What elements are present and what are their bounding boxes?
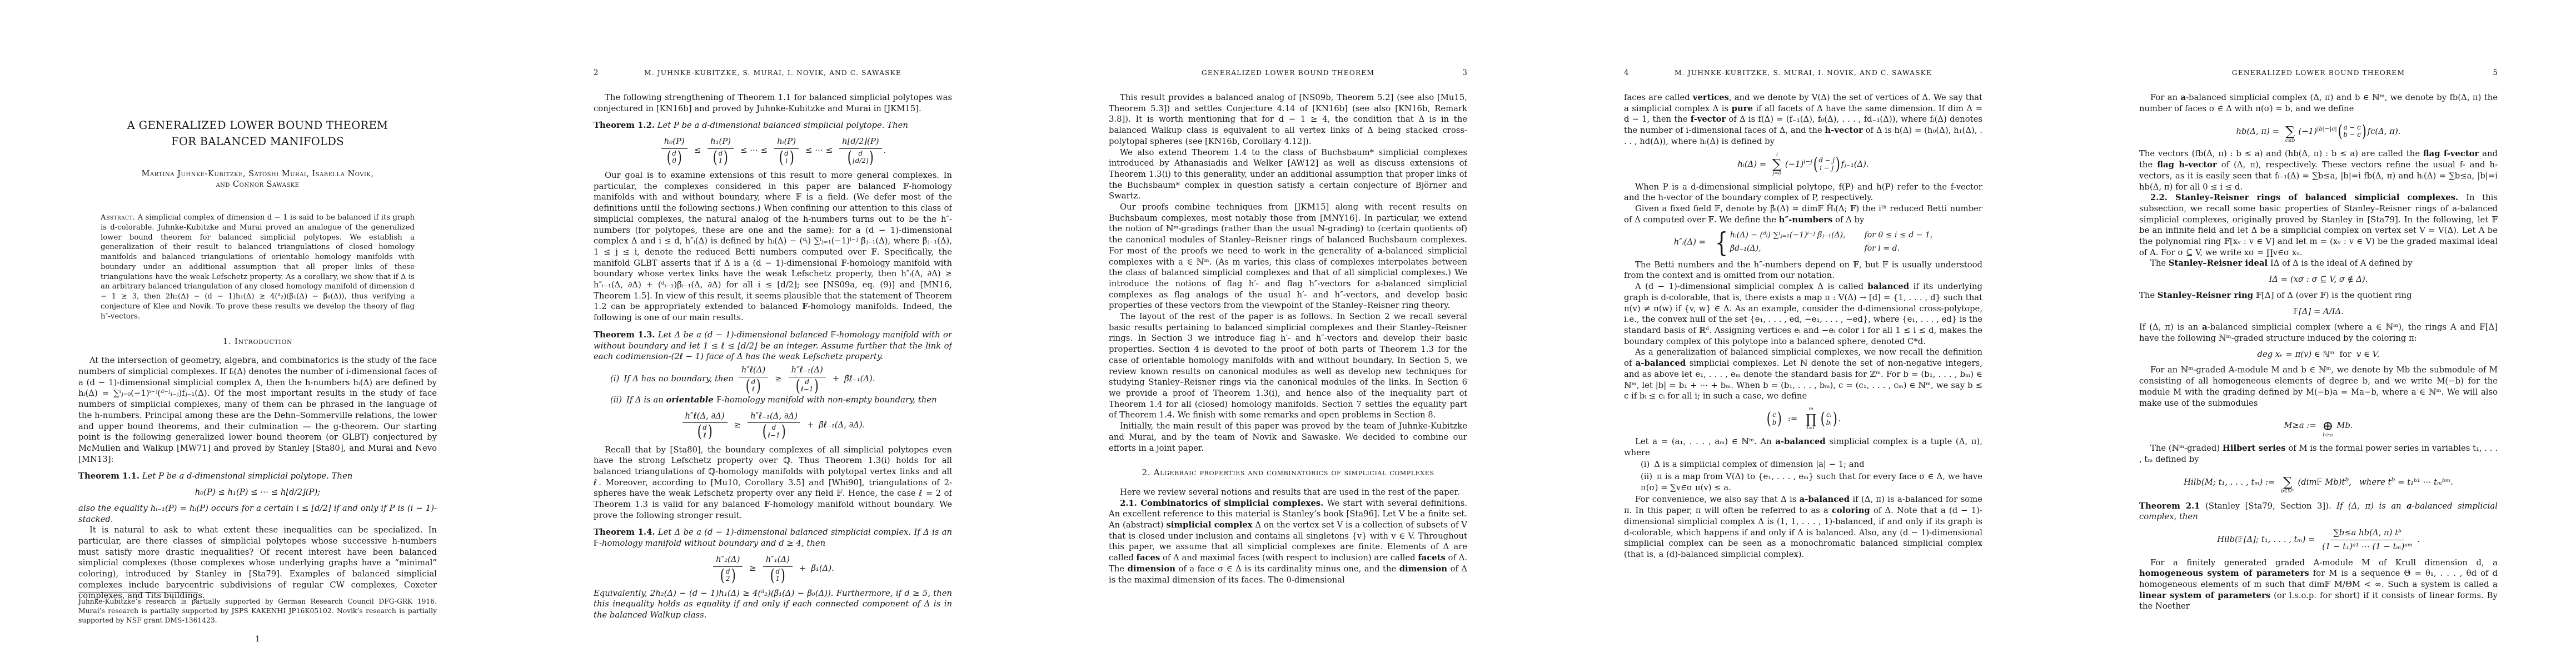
binomial-coefficient: (dℓ−1) — [795, 379, 820, 394]
binomial-top: d — [772, 424, 776, 432]
binomial-coefficient: (d1) — [769, 568, 786, 583]
fraction: ∑b≤a hb(Δ, π) tᵇ(1 − t₁)ᵃ¹ ⋯ (1 − tₘ)ᵃᵐ — [2319, 527, 2415, 552]
formula-text: 𝔽[Δ] = A/IΔ. — [2293, 306, 2344, 317]
page-number: 1 — [78, 635, 437, 644]
paragraph: Equivalently, 2h₂(Δ) − (d − 1)h₁(Δ) ≥ 4(… — [594, 588, 952, 621]
open-paren: ( — [697, 425, 701, 439]
formula-text: v ∈ V. — [2356, 349, 2380, 360]
paragraph: It is natural to ask to what extent thes… — [78, 525, 437, 601]
big-operator: ⊕b≥a — [2323, 414, 2334, 438]
close-paren: ) — [1777, 412, 1782, 426]
display-formula: h₀(P)(d0)≤h₁(P)(d1)≤ ⋯ ≤hᵢ(P)(di)≤ ⋯ ≤h⌊… — [594, 136, 952, 165]
case-condition: for 0 ≤ i ≤ d − 1, — [1865, 230, 1933, 241]
close-paren: ) — [1832, 412, 1837, 426]
binomial-stack: cb — [1772, 411, 1777, 426]
formula-operator: ≥ — [749, 563, 756, 574]
paragraph: For a finitely generated graded A-module… — [2139, 558, 2498, 613]
fraction-denominator: (dℓ−1) — [759, 423, 789, 439]
open-paren: ( — [795, 379, 800, 393]
formula-text: deg xᵥ = π(v) ∈ ℕᵐ — [2258, 349, 2335, 360]
formula-operator: ≤ ⋯ ≤ — [805, 145, 833, 156]
paragraph: For convenience, we also say that Δ is a… — [1624, 494, 1982, 560]
binomial-top: d — [776, 568, 780, 576]
fraction-numerator: ∑b≤a hb(Δ, π) tᵇ — [2330, 527, 2404, 540]
binomial-bottom: ⌊d/2⌋ — [853, 157, 868, 165]
fraction: h₀(P)(d0) — [661, 136, 687, 165]
paragraph: A (d − 1)-dimensional simplicial complex… — [1624, 281, 1982, 347]
fraction-denominator: (d1) — [709, 149, 732, 165]
theorem: Theorem 1.3. Let Δ be a (d − 1)-dimensio… — [594, 330, 952, 362]
binomial-bottom: ℓ−1 — [768, 432, 780, 440]
fraction-denominator: (dℓ−1) — [792, 377, 823, 394]
page-4: 4M. JUHNKE-KUBITZKE, S. MURAI, I. NOVIK,… — [1546, 0, 2061, 667]
formula-power: (−1)|b|−|c| — [2298, 126, 2336, 137]
close-paren: ) — [724, 151, 728, 165]
list-item: (i)Δ is a simplicial complex of dimensio… — [1624, 459, 1982, 470]
paragraph: We also extend Theorem 1.4 to the class … — [1109, 147, 1467, 202]
binomial-top: d — [726, 568, 730, 576]
display-formula: h″ᵢ(Δ) = {hᵢ(Δ) − (ᵈᵢ) ∑ⁱⱼ₌₁(−1)ⁱ⁻ʲ β̃ⱼ₋… — [1624, 230, 1982, 254]
formula-exponent: i−j — [1803, 158, 1812, 165]
binomial-stack: di — [784, 150, 789, 165]
open-paren: ( — [713, 151, 718, 165]
cases-brace: { — [1715, 232, 1728, 253]
binomial-bottom: ℓ — [704, 432, 706, 440]
paragraph: For an a-balanced simplicial complex (Δ,… — [2139, 92, 2498, 114]
formula-text: Mb. — [2336, 420, 2353, 431]
paragraph: Recall that by [Sta80], the boundary com… — [594, 445, 952, 521]
paragraph: Our goal is to examine extensions of thi… — [594, 170, 952, 323]
formula-operator: for — [2339, 349, 2351, 360]
close-paren: ) — [756, 379, 761, 393]
open-paren: ( — [1821, 412, 1825, 426]
fraction-denominator: (d0) — [663, 149, 686, 165]
binomial-stack: cᵢbᵢ — [1826, 411, 1832, 426]
open-paren: ( — [667, 151, 671, 165]
binomial-top: cᵢ — [1826, 411, 1831, 419]
fraction-denominator: (1 − t₁)ᵃ¹ ⋯ (1 − tₘ)ᵃᵐ — [2319, 540, 2415, 552]
running-header: GENERALIZED LOWER BOUND THEOREM3 — [1109, 68, 1467, 77]
list-item-marker: (i) — [610, 374, 619, 385]
fraction-numerator: h″₁(Δ) — [763, 554, 793, 567]
cases-rows: hᵢ(Δ) − (ᵈᵢ) ∑ⁱⱼ₌₁(−1)ⁱ⁻ʲ β̃ⱼ₋₁(Δ),for 0… — [1730, 230, 1932, 254]
fraction-denominator: (d2) — [716, 567, 739, 583]
section-heading: 2. Algebraic properties and combinatoric… — [1109, 467, 1467, 479]
fraction: h₁(P)(d1) — [707, 136, 734, 165]
fraction-numerator: h″ℓ₋₁(Δ) — [789, 365, 826, 377]
close-paren: ) — [814, 379, 819, 393]
close-paren: ) — [781, 569, 785, 583]
operator-lower-limit: j=0 — [1773, 171, 1782, 177]
binomial-top: d − j — [1818, 157, 1835, 165]
fraction-denominator: (di) — [775, 149, 798, 165]
header-running-title: M. JUHNKE-KUBITZKE, S. MURAI, I. NOVIK, … — [617, 69, 929, 77]
operator-lower-limit: c≤b — [2285, 138, 2295, 144]
binomial-top: d — [859, 150, 863, 158]
binomial-bottom: b − c — [2343, 131, 2361, 139]
paragraph: The layout of the rest of the paper is a… — [1109, 311, 1467, 421]
fraction-numerator: h₁(P) — [707, 136, 734, 149]
fraction: h″₂(Δ)(d2) — [713, 554, 743, 583]
binomial-coefficient: (dℓ) — [745, 379, 762, 394]
paragraph: faces are called vertices, and we denote… — [1624, 92, 1982, 147]
case-expression: β̃d₋₁(Δ), — [1730, 243, 1846, 255]
binomial-top: d — [672, 150, 676, 158]
case-expression: hᵢ(Δ) − (ᵈᵢ) ∑ⁱⱼ₌₁(−1)ⁱ⁻ʲ β̃ⱼ₋₁(Δ), — [1730, 230, 1846, 241]
display-formula: 𝔽[Δ] = A/IΔ. — [2139, 306, 2498, 317]
theorem: Theorem 1.4. Let Δ be a (d − 1)-dimensio… — [594, 527, 952, 549]
subsection-lead: 2.1. Combinatorics of simplicial complex… — [1120, 499, 1327, 508]
display-formula: h₀(P) ≤ h₁(P) ≤ ⋯ ≤ h⌊d/2⌋(P); — [78, 487, 437, 498]
formula-operator: ≤ ⋯ ≤ — [740, 145, 768, 156]
open-paren: ( — [763, 425, 767, 439]
formula-text: hb(Δ, π) = — [2236, 126, 2282, 137]
paragraph: The vectors (fb(Δ, π) : b ≤ a) and (hb(Δ… — [2139, 148, 2498, 192]
list-item: (i)If Δ has no boundary, thenh″ℓ(Δ)(dℓ)≥… — [594, 365, 952, 394]
fraction-denominator: (d⌊d/2⌋) — [844, 149, 878, 165]
section-heading: 1. Introduction — [78, 336, 437, 347]
page-5: GENERALIZED LOWER BOUND THEOREM5For an a… — [2061, 0, 2576, 667]
header-page-number-right: 3 — [1444, 68, 1467, 77]
subsection-lead: 2.2. Stanley–Reisner rings of balanced s… — [2150, 193, 2466, 202]
fraction: hᵢ(P)(di) — [774, 136, 799, 165]
close-paren: ) — [677, 151, 682, 165]
binomial-top: d — [805, 379, 809, 386]
formula-operator: + — [807, 420, 814, 431]
open-paren: ( — [746, 379, 750, 393]
binomial-bottom: 1 — [719, 157, 723, 165]
formula-text: . — [884, 145, 886, 156]
binomial-top: c — [1772, 411, 1776, 419]
binomial-coefficient: (dℓ−1) — [761, 424, 786, 439]
header-running-title: GENERALIZED LOWER BOUND THEOREM — [2163, 69, 2474, 77]
fraction-numerator: h″ℓ₋₁(Δ, ∂Δ) — [748, 411, 800, 424]
paper-title: A GENERALIZED LOWER BOUND THEOREM FOR BA… — [78, 117, 437, 150]
big-operator: ∑b∈ℕᵐ — [2281, 470, 2294, 495]
open-paren: ( — [1813, 157, 1818, 171]
theorem-statement: Let P be a d-dimensional simplicial poly… — [142, 471, 353, 481]
paragraph: The following strengthening of Theorem 1… — [594, 92, 952, 114]
open-paren: ( — [2338, 125, 2343, 138]
abstract: Abstract. A simplicial complex of dimens… — [101, 213, 415, 322]
fraction: h″ℓ(Δ, ∂Δ)(dℓ) — [682, 411, 728, 440]
theorem: Theorem 1.2. Let P be a d-dimensional ba… — [594, 120, 952, 131]
paragraph: If (Δ, π) is an a-balanced simplicial co… — [2139, 322, 2498, 344]
operator-lower-limit: b≥a — [2323, 433, 2333, 439]
header-running-title: GENERALIZED LOWER BOUND THEOREM — [1132, 69, 1444, 77]
binomial-coefficient: (a − cb − c) — [2337, 124, 2368, 139]
binomial-bottom: b — [1772, 419, 1777, 427]
fraction: h″₁(Δ)(d1) — [763, 554, 793, 583]
binomial-coefficient: (cb) — [1766, 411, 1783, 426]
operator-glyph: ∑ — [2283, 475, 2293, 489]
paragraph: 2.1. Combinatorics of simplicial complex… — [1109, 498, 1467, 586]
formula-text: β̃ℓ₋₁(Δ, ∂Δ). — [819, 420, 865, 431]
fraction-denominator: (d1) — [766, 567, 789, 583]
big-operator: m∏i=1 — [1806, 407, 1816, 431]
operator-glyph: ∑ — [2285, 125, 2295, 138]
theorem: Theorem 1.1. Let P be a d-dimensional si… — [78, 471, 437, 482]
binomial-bottom: 2 — [726, 575, 730, 583]
open-paren: ( — [1767, 412, 1771, 426]
display-formula: hᵢ(Δ) = i∑j=0(−1)i−j(d − ji − j)fⱼ₋₁(Δ). — [1624, 152, 1982, 177]
binomial-bottom: bᵢ — [1826, 419, 1832, 427]
operator-glyph: ⊕ — [2323, 419, 2334, 433]
theorem-label: Theorem 1.1. — [78, 471, 139, 481]
theorem-label: Theorem 1.3. — [594, 330, 655, 340]
formula-text: , where — [2349, 477, 2388, 488]
paper-authors: Martina Juhnke-Kubitzke, Satoshi Murai, … — [78, 169, 437, 191]
binomial-stack: dℓ−1 — [801, 379, 813, 394]
formula-operator: ≥ — [775, 374, 781, 385]
list-item-marker: (ii) — [1641, 471, 1652, 482]
fraction: h″ℓ(Δ)(dℓ) — [739, 365, 768, 394]
binomial-stack: dℓ−1 — [768, 424, 780, 439]
binomial-stack: d2 — [726, 568, 730, 583]
operator-glyph: ∑ — [1772, 157, 1782, 171]
display-formula: (cb):=m∏i=1(cᵢbᵢ). — [1624, 407, 1982, 431]
binomial-coefficient: (di) — [778, 150, 795, 165]
binomial-coefficient: (d0) — [666, 150, 683, 165]
paragraph: The Stanley–Reisner ideal IΔ of Δ is the… — [2139, 258, 2498, 269]
paragraph: The Betti numbers and the h″-numbers dep… — [1624, 260, 1982, 281]
formula-text: = t₁ᵇ¹ ⋯ tₘᵇᵐ. — [2395, 477, 2453, 488]
operator-lower-limit: b∈ℕᵐ — [2281, 489, 2294, 495]
paragraph: Let a = (a₁, . . . , aₘ) ∈ ℕᵐ. An a-bala… — [1624, 436, 1982, 458]
close-paren: ) — [731, 569, 735, 583]
page-3: GENERALIZED LOWER BOUND THEOREM3This res… — [1030, 0, 1546, 667]
display-formula: deg xᵥ = π(v) ∈ ℕᵐforv ∈ V. — [2139, 349, 2498, 360]
header-page-number-left: 4 — [1624, 68, 1647, 77]
binomial-top: d — [784, 150, 789, 158]
case-condition: for i = d. — [1865, 243, 1933, 255]
fraction: h″ℓ₋₁(Δ)(dℓ−1) — [789, 365, 826, 394]
binomial-top: d — [751, 379, 756, 386]
footnote: Juhnke-Kubitzke’s research is partially … — [78, 593, 437, 625]
binomial-stack: d1 — [719, 150, 723, 165]
binomial-top: a − c — [2344, 124, 2361, 132]
page-body: This result provides a balanced analog o… — [1109, 92, 1467, 585]
formula-operator: ≤ — [694, 145, 701, 156]
page-body: A GENERALIZED LOWER BOUND THEOREM FOR BA… — [78, 117, 437, 601]
header-running-title: M. JUHNKE-KUBITZKE, S. MURAI, I. NOVIK, … — [1647, 69, 1959, 77]
formula-text: hᵢ(Δ) = — [1737, 159, 1769, 170]
paragraph: Given a fixed field 𝔽, denote by β̃ᵢ(Δ) … — [1624, 203, 1982, 225]
theorem-note: (Stanley [Sta79, Section 3]). — [2200, 501, 2331, 511]
inline-formula: h″ℓ(Δ)(dℓ)≥h″ℓ₋₁(Δ)(dℓ−1)+β̃ℓ₋₁(Δ). — [737, 365, 875, 394]
fraction-denominator: (dℓ) — [742, 377, 765, 394]
list-item-marker: (i) — [1641, 459, 1650, 470]
binomial-stack: dℓ — [702, 424, 707, 439]
formula-text: β̃₁(Δ). — [811, 563, 834, 574]
open-paren: ( — [720, 569, 725, 583]
header-page-number-right: 5 — [2474, 68, 2498, 77]
formula-power: tb — [2388, 477, 2395, 488]
display-formula: h″₂(Δ)(d2)≥h″₁(Δ)(d1)+β̃₁(Δ). — [594, 554, 952, 583]
paragraph: When P is a d-dimensional simplicial pol… — [1624, 182, 1982, 203]
paragraph: The (ℕᵐ-graded) Hilbert series of M is t… — [2139, 443, 2498, 465]
paragraph: Initially, the main result of this paper… — [1109, 421, 1467, 454]
big-operator: i∑j=0 — [1772, 152, 1782, 177]
fraction-numerator: h″ℓ(Δ, ∂Δ) — [682, 411, 728, 424]
paragraph: Our proofs combine techniques from [JKM1… — [1109, 202, 1467, 311]
formula-exponent: |b|−|c| — [2317, 125, 2337, 132]
binomial-top: d — [719, 150, 723, 158]
display-formula: IΔ = (xσ : σ ⊆ V, σ ∉ Δ). — [2139, 274, 2498, 285]
formula-text: h″ᵢ(Δ) = — [1674, 237, 1708, 248]
abstract-label: Abstract. — [101, 213, 135, 222]
paragraph: also the equality hᵢ₋₁(P) = hᵢ(P) occurs… — [78, 503, 437, 525]
list-item: (ii)If Δ is an orientable 𝔽-homology man… — [594, 395, 952, 406]
formula-power: (−1)i−j — [1785, 159, 1812, 170]
paragraph: At the intersection of geometry, algebra… — [78, 355, 437, 465]
header-page-number-left: 2 — [594, 68, 617, 77]
close-paren: ) — [2362, 125, 2366, 138]
close-paren: ) — [790, 151, 794, 165]
formula-text: Hilb(M; t₁, . . . , tₘ) := — [2184, 477, 2278, 488]
binomial-bottom: ℓ−1 — [801, 386, 813, 394]
list-item-marker: (ii) — [610, 395, 622, 406]
fraction-numerator: h″ℓ(Δ) — [739, 365, 768, 377]
cases-construct: {hᵢ(Δ) − (ᵈᵢ) ∑ⁱⱼ₌₁(−1)ⁱ⁻ʲ β̃ⱼ₋₁(Δ),for … — [1713, 230, 1933, 254]
fraction-numerator: h₀(P) — [661, 136, 687, 149]
running-header: 4M. JUHNKE-KUBITZKE, S. MURAI, I. NOVIK,… — [1624, 68, 1982, 77]
fraction: h⌊d/2⌋(P)(d⌊d/2⌋) — [839, 136, 881, 165]
open-paren: ( — [847, 151, 851, 165]
binomial-stack: d0 — [672, 150, 676, 165]
running-header: 2M. JUHNKE-KUBITZKE, S. MURAI, I. NOVIK,… — [594, 68, 952, 77]
binomial-coefficient: (dℓ) — [696, 424, 714, 439]
close-paren: ) — [1836, 157, 1840, 171]
theorem: Theorem 2.1 (Stanley [Sta79, Section 3])… — [2139, 501, 2498, 522]
fraction-numerator: h⌊d/2⌋(P) — [839, 136, 881, 149]
display-formula: M≥a := ⊕b≥aMb. — [2139, 414, 2498, 438]
running-header: GENERALIZED LOWER BOUND THEOREM5 — [2139, 68, 2498, 77]
formula-operator: := — [1788, 414, 1797, 425]
formula-text: h₀(P) ≤ h₁(P) ≤ ⋯ ≤ h⌊d/2⌋(P); — [195, 487, 321, 498]
formula-exponent: b — [2345, 476, 2349, 483]
formula-text: . — [1838, 414, 1841, 425]
binomial-coefficient: (d⌊d/2⌋) — [846, 150, 875, 165]
binomial-coefficient: (d1) — [712, 150, 729, 165]
formula-text: . — [2417, 534, 2420, 545]
page-body: faces are called vertices, and we denote… — [1624, 92, 1982, 560]
close-paren: ) — [869, 151, 874, 165]
binomial-stack: d1 — [776, 568, 780, 583]
formula-power: tb — [2342, 477, 2349, 488]
formula-text: fⱼ₋₁(Δ). — [1841, 159, 1869, 170]
theorem-label: Theorem 2.1 — [2139, 501, 2200, 511]
list-item: (ii)π is a map from V(Δ) to {e₁, . . . ,… — [1624, 471, 1982, 493]
paragraph: The Stanley–Reisner ring 𝔽[Δ] of Δ (over… — [2139, 290, 2498, 301]
display-formula: h″ℓ(Δ, ∂Δ)(dℓ)≥h″ℓ₋₁(Δ, ∂Δ)(dℓ−1)+β̃ℓ₋₁(… — [594, 411, 952, 440]
formula-operator: + — [799, 563, 806, 574]
fraction: h″ℓ₋₁(Δ, ∂Δ)(dℓ−1) — [748, 411, 800, 440]
theorem-statement: Let P be a d-dimensional balanced simpli… — [657, 121, 908, 130]
fraction-numerator: hᵢ(P) — [774, 136, 799, 149]
display-formula: Hilb(𝔽[Δ]; t₁, . . . , tₘ) = ∑b≤a hb(Δ, … — [2139, 527, 2498, 552]
binomial-bottom: i — [785, 157, 788, 165]
binomial-bottom: 1 — [776, 575, 780, 583]
binomial-stack: a − cb − c — [2343, 124, 2361, 139]
binomial-bottom: i − j — [1820, 165, 1833, 172]
page-2: 2M. JUHNKE-KUBITZKE, S. MURAI, I. NOVIK,… — [515, 0, 1030, 667]
formula-operator: ≥ — [734, 420, 741, 431]
paragraph: 2.2. Stanley–Reisner rings of balanced s… — [2139, 192, 2498, 258]
binomial-coefficient: (d2) — [719, 568, 736, 583]
paragraph: This result provides a balanced analog o… — [1109, 92, 1467, 147]
formula-operator: + — [833, 374, 839, 385]
binomial-bottom: 0 — [672, 157, 676, 165]
display-formula: Hilb(M; t₁, . . . , tₘ) := ∑b∈ℕᵐ(dim𝔽 Mb… — [2139, 470, 2498, 495]
binomial-coefficient: (cᵢbᵢ) — [1820, 411, 1838, 426]
paragraph: As a generalization of balanced simplici… — [1624, 347, 1982, 402]
binomial-stack: dℓ — [751, 379, 756, 394]
close-paren: ) — [781, 425, 785, 439]
theorem-label: Theorem 1.4. — [594, 527, 655, 537]
open-paren: ( — [779, 151, 783, 165]
paragraph: For an ℕᵐ-graded A-module M and b ∈ ℕᵐ, … — [2139, 365, 2498, 409]
display-formula: hb(Δ, π) = ∑c≤b(−1)|b|−|c|(a − cb − c)fc… — [2139, 119, 2498, 143]
operator-lower-limit: i=1 — [1807, 426, 1816, 431]
formula-text: fc(Δ, π). — [2368, 126, 2401, 137]
formula-text: M≥a := — [2284, 420, 2319, 431]
binomial-bottom: ℓ — [752, 386, 755, 394]
paragraph: Here we review several notions and resul… — [1109, 487, 1467, 498]
binomial-stack: d − ji − j — [1818, 157, 1835, 172]
binomial-coefficient: (d − ji − j) — [1812, 157, 1841, 172]
binomial-top: d — [702, 424, 707, 432]
page-body: For an a-balanced simplicial complex (Δ,… — [2139, 92, 2498, 612]
fraction-numerator: h″₂(Δ) — [713, 554, 743, 567]
binomial-stack: d⌊d/2⌋ — [853, 150, 868, 165]
formula-exponent: b — [2391, 476, 2395, 483]
theorem-label: Theorem 1.2. — [594, 121, 655, 130]
page-1: A GENERALIZED LOWER BOUND THEOREM FOR BA… — [0, 0, 515, 667]
fraction-denominator: (dℓ) — [694, 423, 716, 439]
close-paren: ) — [708, 425, 712, 439]
operator-glyph: ∏ — [1806, 412, 1816, 426]
formula-text: (dim𝔽 Mb) — [2298, 477, 2341, 488]
open-paren: ( — [770, 569, 775, 583]
formula-text: β̃ℓ₋₁(Δ). — [844, 374, 875, 385]
formula-text: Hilb(𝔽[Δ]; t₁, . . . , tₘ) = — [2217, 534, 2318, 545]
big-operator: ∑c≤b — [2285, 119, 2295, 143]
page-body: The following strengthening of Theorem 1… — [594, 92, 952, 621]
formula-text: IΔ = (xσ : σ ⊆ V, σ ∉ Δ). — [2269, 274, 2368, 285]
